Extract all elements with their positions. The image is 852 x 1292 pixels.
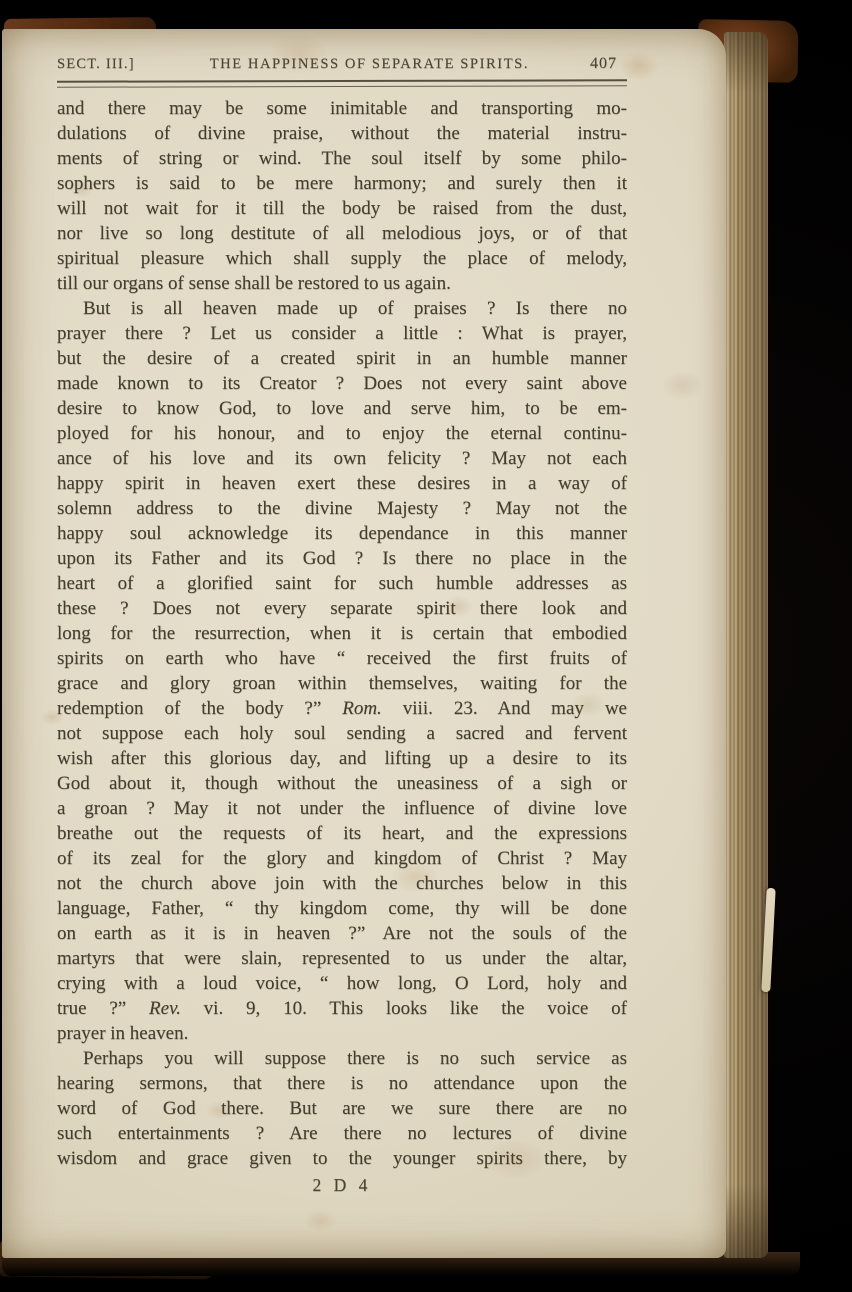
running-title: THE HAPPINESS OF SEPARATE SPIRITS. xyxy=(135,56,590,73)
text-line: crying with a loud voice, “ how long, O … xyxy=(57,971,627,996)
signature-mark: 2 D 4 xyxy=(57,1175,627,1196)
text-line: Perhaps you will suppose there is no suc… xyxy=(57,1046,627,1071)
text-line: happy spirit in heaven exert these desir… xyxy=(57,471,627,496)
text-line: solemn address to the divine Majesty ? M… xyxy=(57,496,627,521)
text-line: ments of string or wind. The soul itself… xyxy=(57,146,627,171)
text-line: God about it, though without the uneasin… xyxy=(57,771,627,796)
text-line: grace and glory groan within themselves,… xyxy=(57,671,627,696)
text-line: upon its Father and its God ? Is there n… xyxy=(57,546,627,571)
text-line: word of God there. But are we sure there… xyxy=(57,1096,627,1121)
text-line: heart of a glorified saint for such humb… xyxy=(57,571,627,596)
text-line: true ?” Rev. vi. 9, 10. This looks like … xyxy=(57,996,627,1021)
section-label: SECT. III.] xyxy=(57,56,135,73)
text-line: dulations of divine praise, without the … xyxy=(57,121,627,146)
text-line: martyrs that were slain, represented to … xyxy=(57,946,627,971)
text-line: ance of his love and its own felicity ? … xyxy=(57,446,627,471)
text-line: not the church above join with the churc… xyxy=(57,871,627,896)
book-photograph: SECT. III.] THE HAPPINESS OF SEPARATE SP… xyxy=(0,0,852,1292)
text-line: nor live so long destitute of all melodi… xyxy=(57,221,627,246)
book-page: SECT. III.] THE HAPPINESS OF SEPARATE SP… xyxy=(2,29,726,1258)
text-line: hearing sermons, that there is no attend… xyxy=(57,1071,627,1096)
page-content-area: SECT. III.] THE HAPPINESS OF SEPARATE SP… xyxy=(2,29,627,1196)
paragraph: But is all heaven made up of praises ? I… xyxy=(57,296,627,1046)
text-line: long for the resurrection, when it is ce… xyxy=(57,621,627,646)
text-line: but the desire of a created spirit in an… xyxy=(57,346,627,371)
page-number: 407 xyxy=(590,55,627,73)
text-line: wisdom and grace given to the younger sp… xyxy=(57,1146,627,1171)
paragraph: Perhaps you will suppose there is no suc… xyxy=(57,1046,627,1171)
book-fore-edge-pages xyxy=(724,32,768,1258)
text-line: made known to its Creator ? Does not eve… xyxy=(57,371,627,396)
text-line: till our organs of sense shall be restor… xyxy=(57,271,627,296)
text-line: language, Father, “ thy kingdom come, th… xyxy=(57,896,627,921)
paragraph: and there may be some inimitable and tra… xyxy=(57,96,627,296)
text-line: ployed for his honour, and to enjoy the … xyxy=(57,421,627,446)
text-line: such entertainments ? Are there no lectu… xyxy=(57,1121,627,1146)
text-line: But is all heaven made up of praises ? I… xyxy=(57,296,627,321)
text-line: these ? Does not every separate spirit t… xyxy=(57,596,627,621)
header-double-rule xyxy=(57,79,627,87)
text-line: on earth as it is in heaven ?” Are not t… xyxy=(57,921,627,946)
text-line: a groan ? May it not under the influence… xyxy=(57,796,627,821)
text-line: prayer there ? Let us consider a little … xyxy=(57,321,627,346)
text-line: sophers is said to be mere harmony; and … xyxy=(57,171,627,196)
text-line: not suppose each holy soul sending a sac… xyxy=(57,721,627,746)
text-line: redemption of the body ?” Rom. viii. 23.… xyxy=(57,696,627,721)
text-line: and there may be some inimitable and tra… xyxy=(57,96,627,121)
text-line: of its zeal for the glory and kingdom of… xyxy=(57,846,627,871)
text-line: prayer in heaven. xyxy=(57,1021,627,1046)
text-line: will not wait for it till the body be ra… xyxy=(57,196,627,221)
text-line: wish after this glorious day, and liftin… xyxy=(57,746,627,771)
page-header: SECT. III.] THE HAPPINESS OF SEPARATE SP… xyxy=(57,55,627,73)
text-line: spiritual pleasure which shall supply th… xyxy=(57,246,627,271)
text-line: happy soul acknowledge its dependance in… xyxy=(57,521,627,546)
text-line: spirits on earth who have “ received the… xyxy=(57,646,627,671)
book-cover-edge-right xyxy=(764,26,802,1266)
text-line: breathe out the requests of its heart, a… xyxy=(57,821,627,846)
text-line: desire to know God, to love and serve hi… xyxy=(57,396,627,421)
page-paragraphs: and there may be some inimitable and tra… xyxy=(57,96,627,1171)
